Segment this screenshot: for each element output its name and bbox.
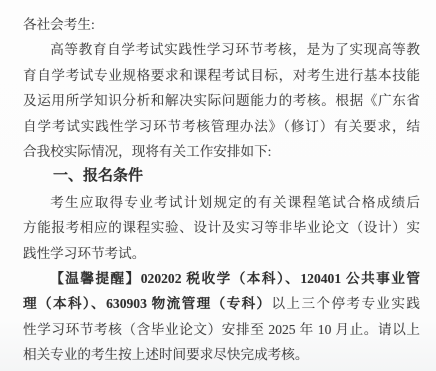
document-page: 各社会考生: 高等教育自学考试实践性学习环节考核，是为了实现高等教 育自学考试专… — [0, 0, 436, 371]
para1-line-3: 及运用所学知识分析和解决实际问题能力的考核。根据《广东省 — [23, 88, 420, 113]
para2-line-3: 践性学习环节考试。 — [23, 241, 420, 266]
reminder-line-3: 性学习环节考核（含毕业论文）安排至 2025 年 10 月止。请以上 — [23, 317, 420, 342]
section-heading-1: 一、报名条件 — [23, 164, 420, 189]
para1-line-1: 高等教育自学考试实践性学习环节考核，是为了实现高等教 — [23, 37, 420, 62]
para1-line-2: 育自学考试专业规格要求和课程考试目标，对考生进行基本技能 — [23, 63, 420, 88]
para1-line-5: 合我校实际情况，现将有关工作安排如下: — [23, 139, 420, 164]
reminder-line-2: 理（本科）、630903 物流管理（专科）以上三个停考专业实践 — [23, 291, 420, 316]
reminder-line-2-regular-text: 以上三个停考专业实践 — [272, 296, 420, 311]
reminder-line-4: 相关专业的考生按上述时间要求尽快完成考核。 — [23, 342, 420, 367]
reminder-line-1: 【温馨提醒】020202 税收学（本科）、120401 公共事业管 — [23, 266, 420, 291]
para1-line-4: 自学考试实践性学习环节考核管理办法》（修订）有关要求，结 — [23, 114, 420, 139]
salutation: 各社会考生: — [23, 12, 420, 37]
reminder-line-2-bold-text: 理（本科）、630903 物流管理（专科） — [23, 296, 272, 311]
para2-line-2: 方能报考相应的课程实验、设计及实习等非毕业论文（设计）实 — [23, 215, 420, 240]
reminder-line-1-bold-text: 【温馨提醒】020202 税收学（本科）、120401 公共事业管 — [50, 271, 420, 286]
para2-line-1: 考生应取得专业考试计划规定的有关课程笔试合格成绩后 — [23, 190, 420, 215]
